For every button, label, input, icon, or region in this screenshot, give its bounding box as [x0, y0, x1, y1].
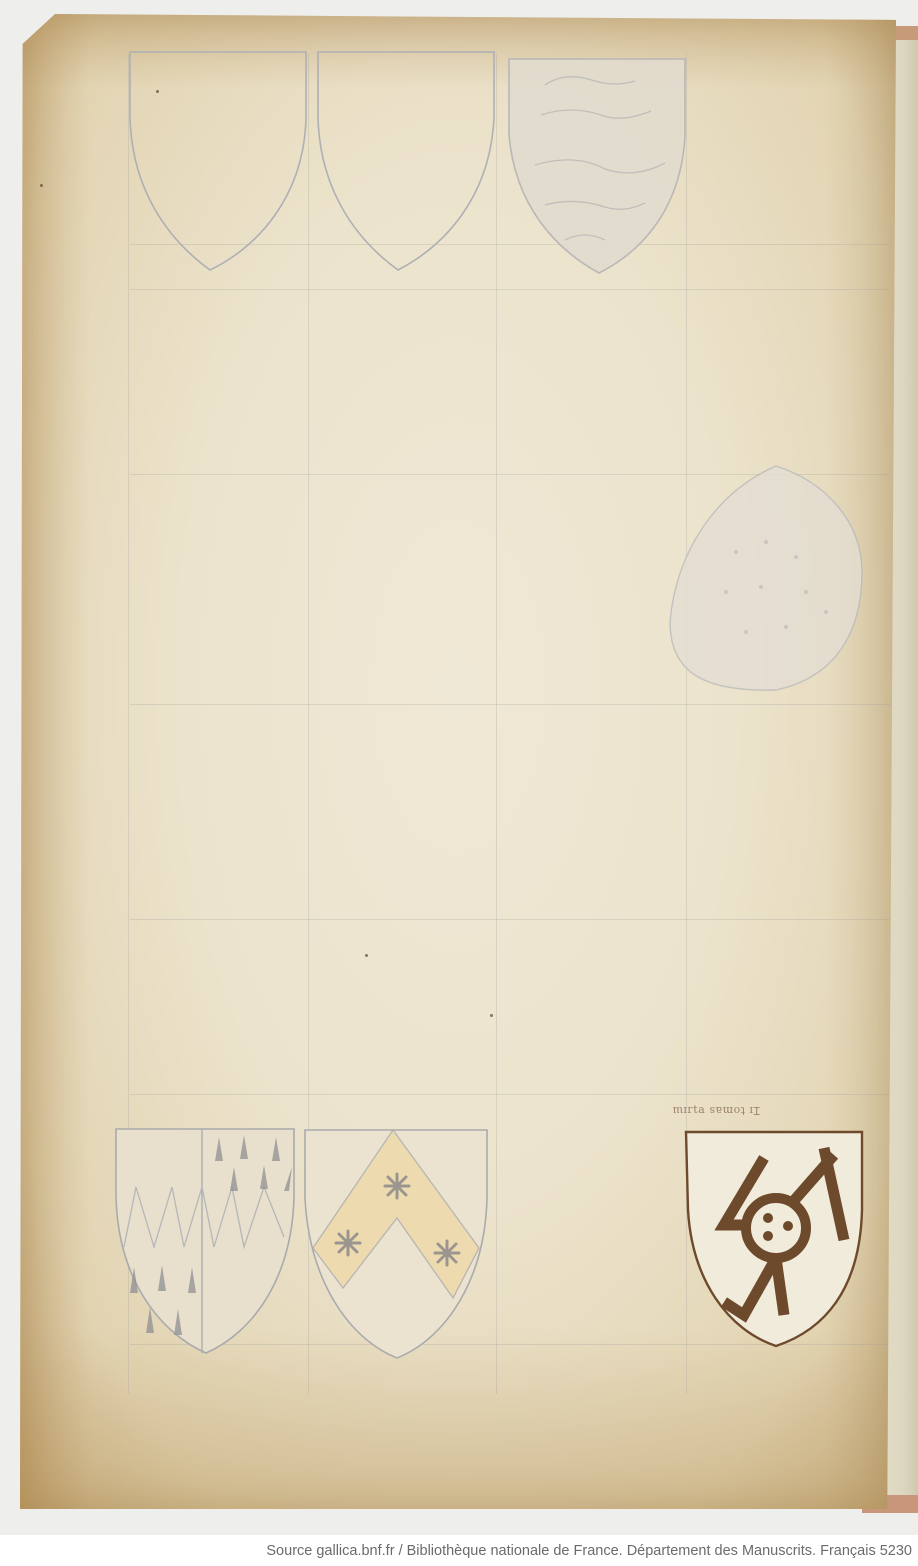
ruling-line — [130, 289, 890, 290]
shield-top-1 — [126, 48, 310, 272]
ruling-line — [130, 704, 890, 705]
source-footer: Source gallica.bnf.fr / Bibliothèque nat… — [0, 1535, 918, 1566]
ink-speck — [40, 184, 43, 187]
shield-bottom-1 — [114, 1127, 296, 1355]
shield-caption: Ɪɪ tomas ɐʇɹɪɯ — [672, 1103, 760, 1118]
source-attribution: Source gallica.bnf.fr / Bibliothèque nat… — [266, 1543, 912, 1559]
shield-middle-right — [666, 462, 866, 694]
ink-speck — [490, 1014, 493, 1017]
shield-bottom-3 — [684, 1130, 864, 1348]
ruling-line — [130, 1094, 890, 1095]
shield-top-2 — [314, 48, 498, 272]
shield-top-3 — [505, 55, 689, 275]
ink-speck — [365, 954, 368, 957]
ruling-line — [130, 919, 890, 920]
shield-bottom-2 — [303, 1128, 489, 1360]
